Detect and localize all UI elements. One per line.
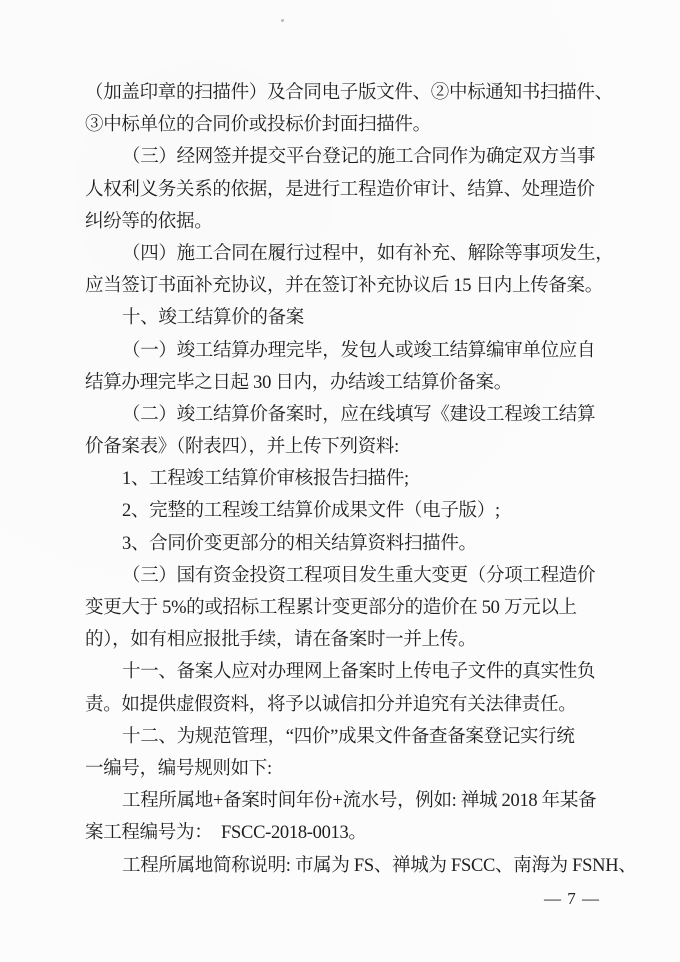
text-line: 责。如提供虚假资料，将予以诚信扣分并追究有关法律责任。 (85, 689, 625, 721)
text-line: （一）竣工结算办理完毕，发包人或竣工结算编审单位应自 (85, 335, 625, 367)
text-line: 1、工程竣工结算价审核报告扫描件; (85, 463, 625, 495)
scan-artifact-dot (281, 19, 284, 22)
text-line: （加盖印章的扫描件）及合同电子版文件、②中标通知书扫描件、 (85, 77, 625, 109)
text-line: 应当签订书面补充协议，并在签订补充协议后 15 日内上传备案。 (85, 270, 625, 302)
text-line: 价备案表》（附表四），并上传下列资料: (85, 431, 625, 463)
document-body: （加盖印章的扫描件）及合同电子版文件、②中标通知书扫描件、③中标单位的合同价或投… (85, 77, 625, 882)
text-line: 案工程编号为： FSCC-2018-0013。 (85, 817, 625, 849)
text-line: 十、竣工结算价的备案 (85, 302, 625, 334)
text-line: 2、完整的工程竣工结算价成果文件（电子版）; (85, 495, 625, 527)
text-line: 结算办理完毕之日起 30 日内，办结竣工结算价备案。 (85, 367, 625, 399)
document-page: （加盖印章的扫描件）及合同电子版文件、②中标通知书扫描件、③中标单位的合同价或投… (0, 0, 680, 962)
text-line: 工程所属地+备案时间年份+流水号，例如: 禅城 2018 年某备 (85, 785, 625, 817)
text-line: （三）经网签并提交平台登记的施工合同作为确定双方当事 (85, 141, 625, 173)
text-line: 的），如有相应报批手续，请在备案时一并上传。 (85, 624, 625, 656)
text-line: 纠纷等的依据。 (85, 206, 625, 238)
text-line: 十二、为规范管理，“四价”成果文件备查备案登记实行统 (85, 721, 625, 753)
text-line: 一编号，编号规则如下: (85, 753, 625, 785)
page-number: — 7 — (544, 889, 600, 909)
text-line: （二）竣工结算价备案时，应在线填写《建设工程竣工结算 (85, 399, 625, 431)
text-line: 3、合同价变更部分的相关结算资料扫描件。 (85, 528, 625, 560)
text-line: （四）施工合同在履行过程中，如有补充、解除等事项发生， (85, 238, 625, 270)
text-line: （三）国有资金投资工程项目发生重大变更（分项工程造价 (85, 560, 625, 592)
text-line: 人权利义务关系的依据，是进行工程造价审计、结算、处理造价 (85, 174, 625, 206)
text-line: 工程所属地简称说明: 市属为 FS、禅城为 FSCC、南海为 FSNH、 (85, 850, 625, 882)
text-line: 变更大于 5%的或招标工程累计变更部分的造价在 50 万元以上 (85, 592, 625, 624)
text-line: ③中标单位的合同价或投标价封面扫描件。 (85, 109, 625, 141)
text-line: 十一、备案人应对办理网上备案时上传电子文件的真实性负 (85, 656, 625, 688)
